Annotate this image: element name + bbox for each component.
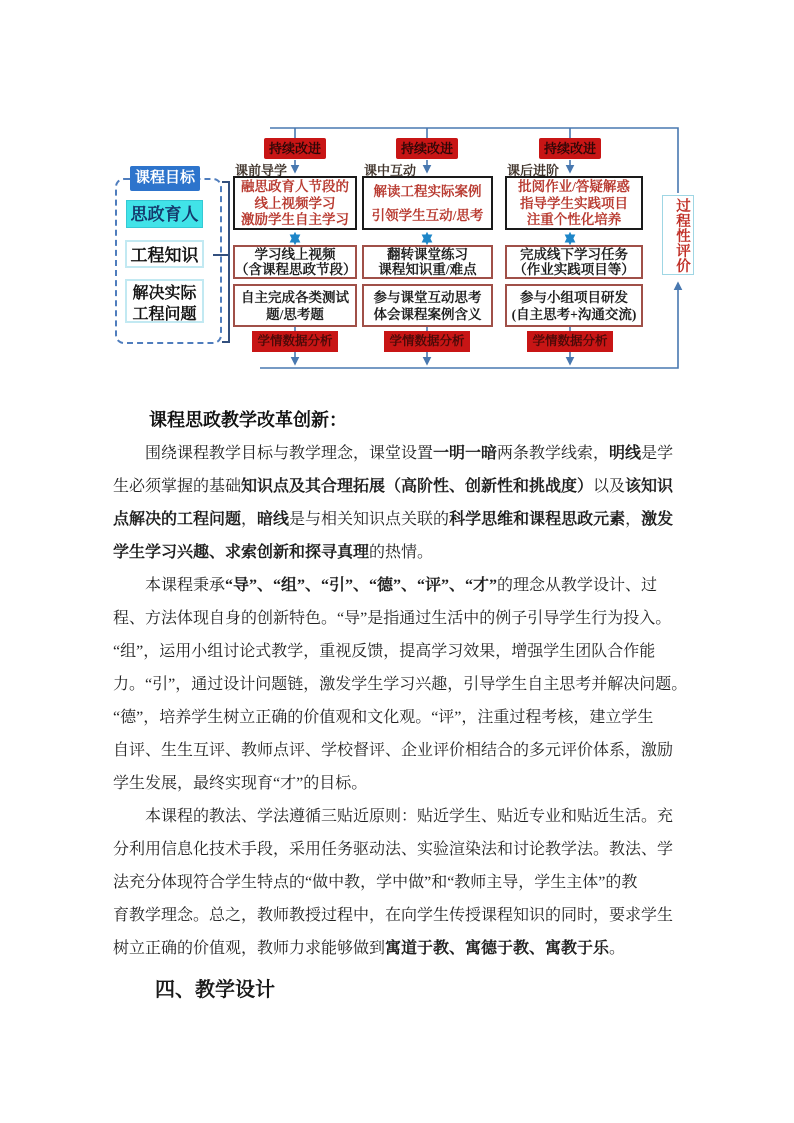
paragraph-methods: 本课程的教法、学法遵循三贴近原则：贴近学生、贴近专业和贴近生活。充分利用信息化技… <box>113 800 695 965</box>
continuous-improve-badge: 持续改进 <box>264 138 326 159</box>
teacher-box-after-class: 批阅作业/答疑解惑指导学生实践项目注重个性化培养 <box>505 176 643 230</box>
student-task-in-class: 参与课堂互动思考体会课程案例含义 <box>362 284 493 327</box>
paragraph-teaching-lines: 围绕课程教学目标与教学理念，课堂设置一明一暗两条教学线索，明线是学生必须掌握的基… <box>113 437 695 569</box>
learning-data-analysis-badge: 学情数据分析 <box>384 331 470 352</box>
goal-engineering-knowledge: 工程知识 <box>125 240 204 268</box>
student-task-after-class: 参与小组项目研发(自主思考+沟通交流) <box>505 284 643 327</box>
student-activity-in-class: 翻转课堂练习课程知识重/难点 <box>362 245 493 279</box>
continuous-improve-badge: 持续改进 <box>396 138 458 159</box>
teacher-box-before-class: 融思政育人节段的线上视频学习激励学生自主学习 <box>233 176 357 230</box>
section-heading-reform: 课程思政教学改革创新： <box>113 404 695 437</box>
process-evaluation-box: 过程性评价 <box>662 195 694 275</box>
paragraph-concepts: 本课程秉承“导”、“组”、“引”、“德”、“评”、“才”的理念从教学设计、过程、… <box>113 569 695 800</box>
teacher-box-in-class: 解读工程实际案例引领学生互动/思考 <box>362 176 493 230</box>
document-page: 课程目标 思政育人 工程知识 解决实际工程问题 持续改进 课前导学 融思政育人节… <box>0 0 794 1123</box>
section-heading-teaching-design: 四、教学设计 <box>113 975 695 1005</box>
goal-solve-problems: 解决实际工程问题 <box>125 279 204 323</box>
continuous-improve-badge: 持续改进 <box>539 138 601 159</box>
student-activity-before-class: 学习线上视频（含课程思政节段） <box>233 245 357 279</box>
goal-ideological-education: 思政育人 <box>126 200 203 228</box>
student-activity-after-class: 完成线下学习任务（作业实践项目等） <box>505 245 643 279</box>
student-task-before-class: 自主完成各类测试题/思考题 <box>233 284 357 327</box>
teaching-model-diagram: 课程目标 思政育人 工程知识 解决实际工程问题 持续改进 课前导学 融思政育人节… <box>110 118 710 380</box>
document-body: 课程思政教学改革创新： 围绕课程教学目标与教学理念，课堂设置一明一暗两条教学线索… <box>113 404 695 1005</box>
course-goals-title: 课程目标 <box>130 166 200 191</box>
learning-data-analysis-badge: 学情数据分析 <box>252 331 338 352</box>
learning-data-analysis-badge: 学情数据分析 <box>527 331 613 352</box>
